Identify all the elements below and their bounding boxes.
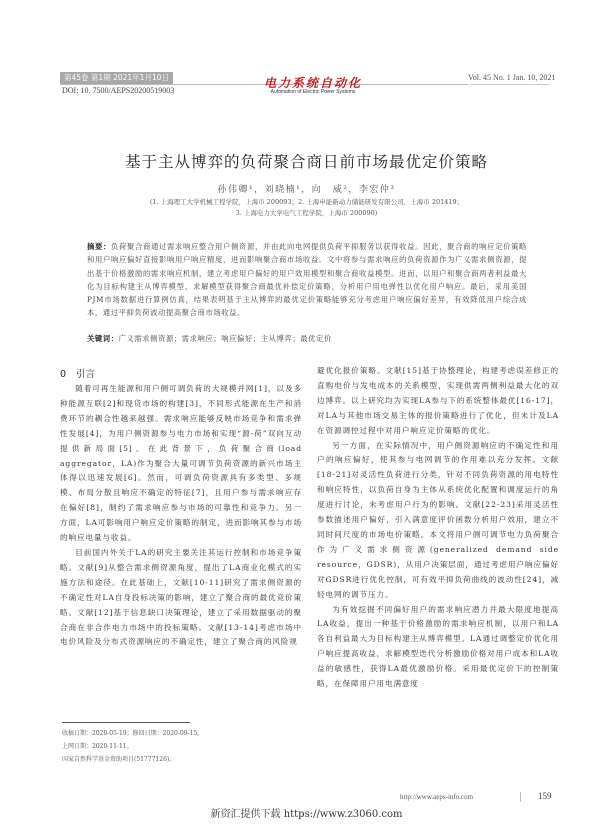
abstract-text: 负荷聚合商通过需求响应整合用户侧资源，并由此向电网提供负荷平抑服务以获得收益。因… [87,242,527,317]
paragraph: 目前国内外关于LA的研究主要关注其运行控制和市场竞争策略。文献[9]从整合需求侧… [60,546,302,650]
affiliation-line: 3. 上海电力大学电气工程学院，上海市 200090) [60,208,553,219]
volume-info: Vol. 45 No. 1 Jan. 10, 2021 [468,73,555,82]
keywords-label: 关键词： [87,334,119,343]
footer-url[interactable]: http://www.aeps-info.com [400,793,473,801]
paper-title: 基于主从博弈的负荷聚合商日前市场最优定价策略 [60,150,553,172]
paragraph: 避优化报价策略。文献[15]基于协整理论，构建考虑误差修正的直购电价与发电成本的… [317,364,559,439]
footnote-received: 收稿日期：2020-05-19；修回日期：2020-09-15。 [62,727,302,740]
abstract-label: 摘要： [87,242,111,251]
paragraph: 随着可再生能源和用户侧可调负荷的大规模并网[1]，以及多种能源互联[2]和现货市… [60,382,302,546]
affiliation-line: (1. 上海理工大学机械工程学院，上海市 200093；2. 上海申能新动力储能… [60,197,553,208]
journal-title-en: Automation of Electric Power Systems [240,89,386,95]
affiliations: (1. 上海理工大学机械工程学院，上海市 200093；2. 上海申能新动力储能… [60,197,553,219]
paragraph: 另一方面，在实际情况中，用户侧资源响应的不确定性和用户的响应偏好，使其参与电网调… [317,439,559,603]
footnote-rule [62,722,190,723]
section-heading: 0引言 [60,366,95,380]
body-column-right: 避优化报价策略。文献[15]基于协整理论，构建考虑误差修正的直购电价与发电成本的… [317,364,559,692]
footnote-funding: 国家自然科学基金资助项目(51777126)。 [62,753,302,766]
keywords-text: 广义需求侧资源；需求响应；响应偏好；主从博弈；最优定价 [119,334,332,343]
doi: DOI: 10. 7500/AEPS20200519003 [62,86,174,95]
footer-divider [520,792,521,802]
section-title: 引言 [76,369,95,380]
header-rule-right [470,84,550,85]
download-watermark: 新资汇提供下载 https://www.z3060.com [0,805,613,820]
section-number: 0 [60,369,66,380]
abstract: 摘要：负荷聚合商通过需求响应整合用户侧资源，并由此向电网提供负荷平抑服务以获得收… [87,240,527,320]
body-column-left: 随着可再生能源和用户侧可调负荷的大规模并网[1]，以及多种能源互联[2]和现货市… [60,382,302,650]
keywords: 关键词：广义需求侧资源；需求响应；响应偏好；主从博弈；最优定价 [87,334,527,344]
page-number: 159 [538,791,552,801]
authors: 孙伟卿¹，刘晓楠¹，向 威²，李宏仲³ [60,182,553,195]
footnotes: 收稿日期：2020-05-19；修回日期：2020-09-15。 上网日期：20… [62,727,302,766]
issue-label: 第45卷 第1期 2021年1月10日 [60,72,173,84]
paragraph: 为有效挖掘不同偏好用户的需求响应潜力并最大限度地提高LA收益，提出一种基于价格激… [317,603,559,692]
footnote-online: 上网日期：2020-11-11。 [62,740,302,753]
